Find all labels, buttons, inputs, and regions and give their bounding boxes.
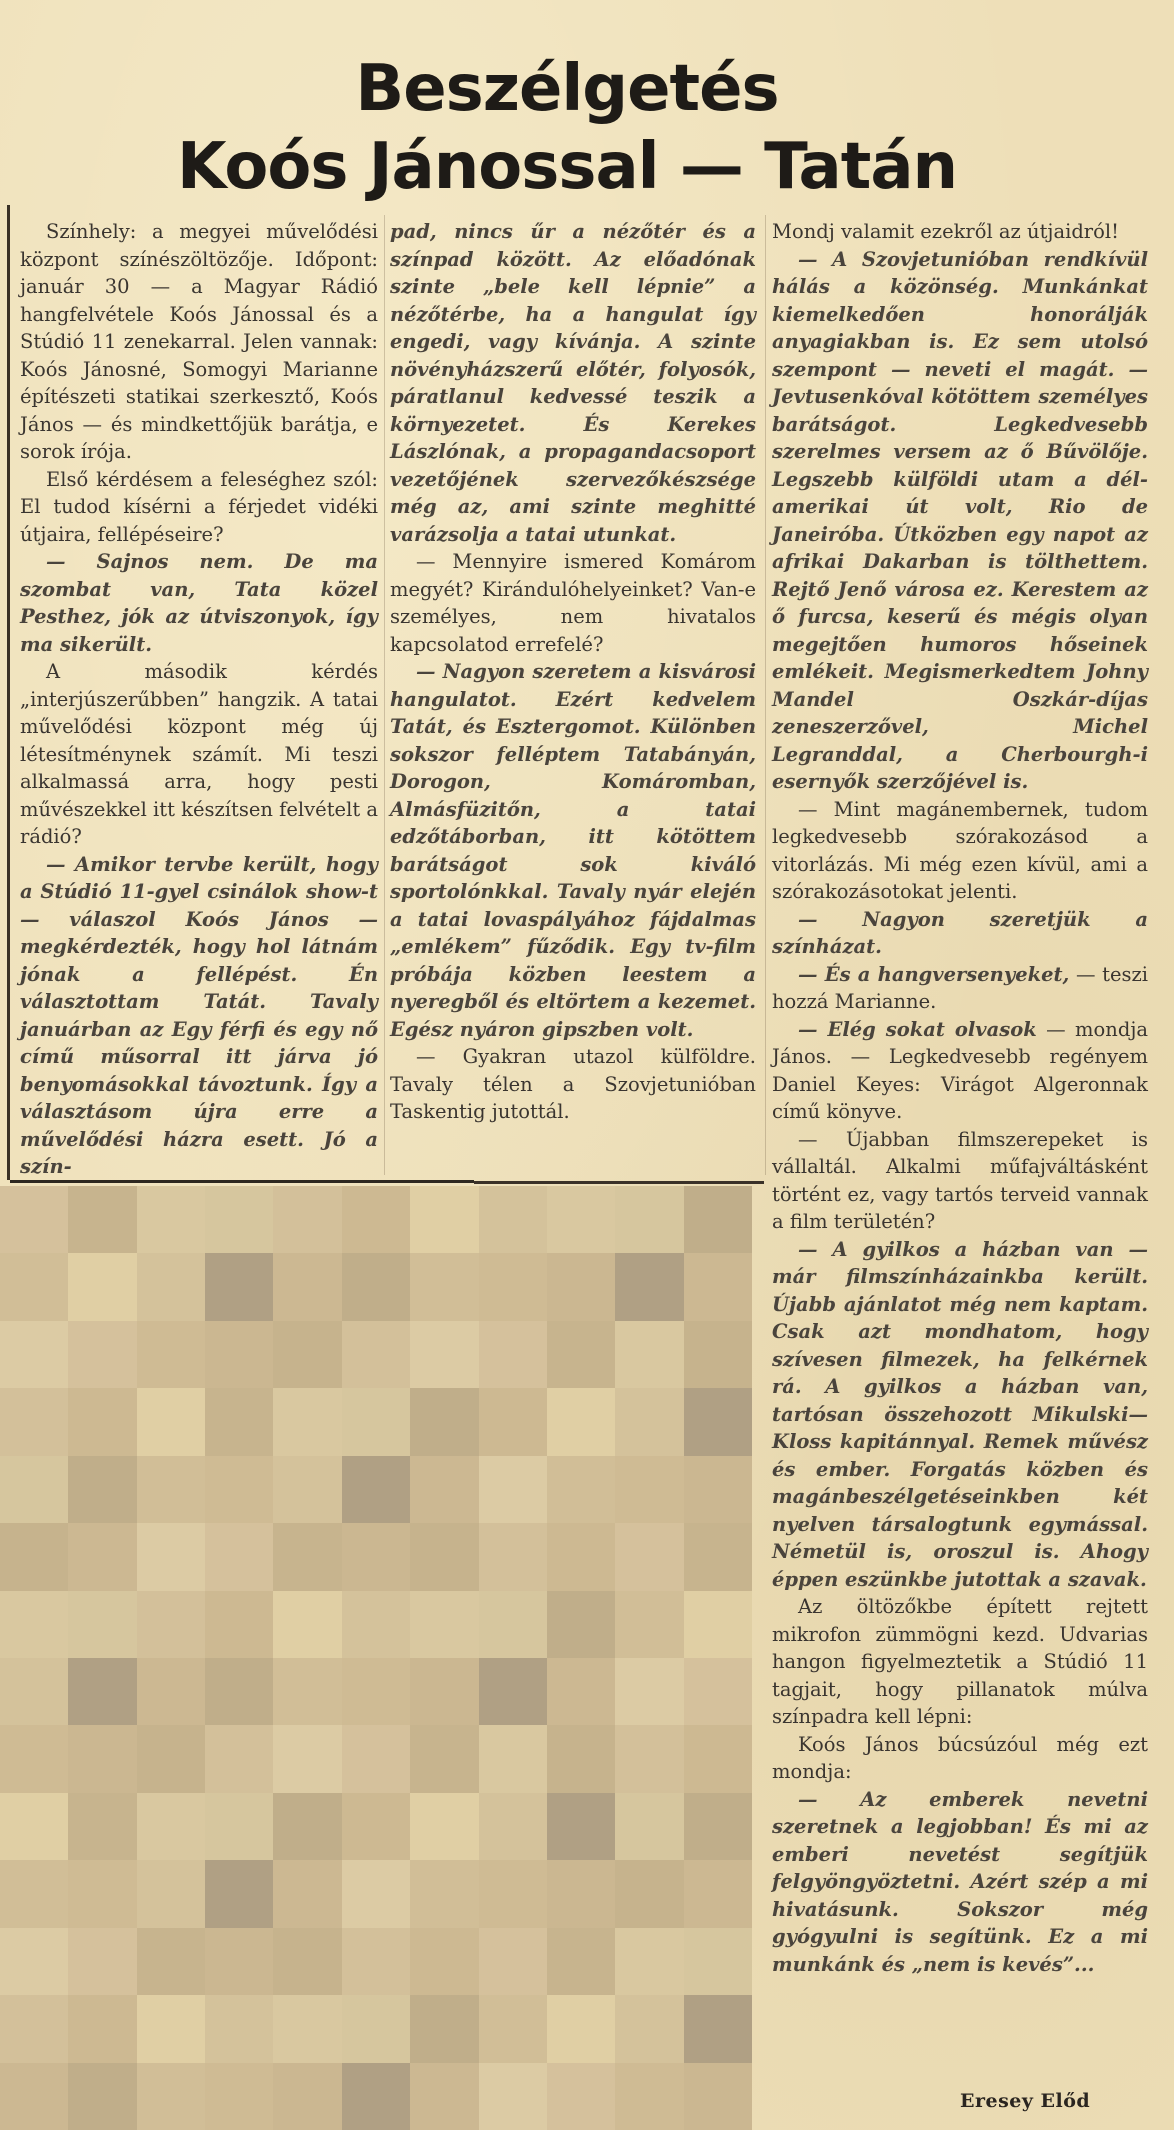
pixel-block [0,1186,68,1253]
pixel-block [205,1456,273,1523]
pixel-block [205,1793,273,1860]
paragraph: — A gyilkos a házban van — már filmszính… [772,1236,1148,1594]
pixel-block [68,1725,136,1792]
pixel-block [137,1523,205,1590]
pixel-block [205,1321,273,1388]
pixel-block [410,1591,478,1658]
pixel-block [615,1995,683,2062]
pixel-block [547,1321,615,1388]
pixel-block [684,1591,752,1658]
pixel-block [137,1591,205,1658]
pixel-block [684,1995,752,2062]
pixel-block [547,1658,615,1725]
pixel-block [0,1523,68,1590]
pixel-block [479,1253,547,1320]
pixel-block [205,1995,273,2062]
paragraph: Az öltözőkbe épített rejtett mikrofon zü… [772,1593,1148,1731]
pixel-block [547,1928,615,1995]
pixel-block [205,1658,273,1725]
pixel-block [273,1860,341,1927]
pixel-block [273,1321,341,1388]
pixel-block [479,1523,547,1590]
pixel-block [479,1321,547,1388]
pixel-block [137,2063,205,2130]
pixel-block [479,1186,547,1253]
pixel-block [410,1388,478,1455]
pixel-block [68,1523,136,1590]
pixel-block [273,1995,341,2062]
pixel-block [68,1591,136,1658]
paragraph: — Mennyire ismered Komárom megyét? Kirán… [390,548,756,658]
pixel-block [342,1995,410,2062]
pixel-block [410,1928,478,1995]
paragraph: — És a hangversenyeket, — teszi hozzá Ma… [772,961,1148,1016]
pixel-block [205,1523,273,1590]
pixel-block [547,1388,615,1455]
pixel-block [137,1793,205,1860]
pixel-block [342,1591,410,1658]
paragraph: Színhely: a megyei művelődési központ sz… [20,218,378,466]
paragraph: Koós János búcsúzóul még ezt mondja: [772,1731,1148,1786]
article-column-3: Mondj valamit ezekről az útjaidról!— A S… [772,218,1148,1978]
pixel-block [615,1658,683,1725]
pixel-block [479,1591,547,1658]
pixel-block [479,1388,547,1455]
pixel-block [615,2063,683,2130]
pixel-block [273,1523,341,1590]
pixel-block [547,1523,615,1590]
pixel-block [615,1456,683,1523]
pixel-block [205,2063,273,2130]
pixel-block [137,1253,205,1320]
pixel-block [137,1388,205,1455]
pixel-block [684,1523,752,1590]
pixel-block [684,1658,752,1725]
pixel-block [410,1725,478,1792]
column-divider [384,215,385,1175]
pixel-block [479,2063,547,2130]
pixel-block [615,1388,683,1455]
article-column-1: Színhely: a megyei művelődési központ sz… [20,218,378,1181]
paragraph: — Nagyon szeretjük a színházat. [772,906,1148,961]
pixel-block [205,1253,273,1320]
pixel-block [273,1388,341,1455]
pixel-block [684,1321,752,1388]
pixel-block [273,2063,341,2130]
paragraph: — Amikor tervbe került, hogy a Stúdió 11… [20,851,378,1181]
pixel-block [547,1456,615,1523]
pixel-block [68,1995,136,2062]
pixel-block [547,1995,615,2062]
pixel-block [479,1995,547,2062]
pixel-block [0,1860,68,1927]
pixel-block [547,1860,615,1927]
pixel-block [273,1591,341,1658]
pixelated-image-region [0,1186,752,2130]
pixel-block [547,1591,615,1658]
pixel-block [0,1928,68,1995]
pixel-block [137,1456,205,1523]
newspaper-page: Beszélgetés Koós Jánossal — Tatán Színhe… [0,0,1174,2130]
paragraph: A második kérdés „interjúszerűbben” hang… [20,658,378,851]
pixel-block [273,1793,341,1860]
pixel-block [410,1321,478,1388]
pixel-block [410,1523,478,1590]
pixel-block [273,1928,341,1995]
pixel-block [410,1253,478,1320]
pixel-block [410,1860,478,1927]
pixel-block [684,1860,752,1927]
pixel-block [410,2063,478,2130]
pixel-block [137,1658,205,1725]
pixel-block [205,1725,273,1792]
pixel-block [342,1725,410,1792]
pixel-block [342,1928,410,1995]
paragraph: Első kérdésem a feleséghez szól: El tudo… [20,466,378,549]
pixel-block [0,1793,68,1860]
pixel-block [615,1321,683,1388]
pixel-block [479,1658,547,1725]
article-column-2: pad, nincs űr a nézőtér és a színpad köz… [390,218,756,1126]
pixel-block [273,1658,341,1725]
pixel-block [684,1456,752,1523]
pixel-block [137,1186,205,1253]
pixel-block [68,2063,136,2130]
pixel-block [137,1928,205,1995]
pixel-block [342,2063,410,2130]
pixel-block [410,1995,478,2062]
pixel-block [273,1725,341,1792]
section-rule [10,1180,474,1183]
pixel-block [684,1793,752,1860]
pixel-block [342,1186,410,1253]
pixel-block [68,1186,136,1253]
headline-line-2: Koós Jánossal — Tatán [0,127,1174,207]
pixel-block [0,1321,68,1388]
pixel-block [615,1793,683,1860]
pixel-block [273,1186,341,1253]
pixel-block [68,1793,136,1860]
pixel-block [410,1186,478,1253]
pixel-block [342,1658,410,1725]
pixel-block [68,1321,136,1388]
column-divider [765,215,766,1175]
pixel-block [137,1725,205,1792]
pixel-block [479,1860,547,1927]
pixel-block [479,1725,547,1792]
pixel-block [342,1388,410,1455]
pixel-block [205,1860,273,1927]
pixel-block [615,1253,683,1320]
quoted-speech: — És a hangversenyeket, [798,963,1069,986]
paragraph: pad, nincs űr a nézőtér és a színpad köz… [390,218,756,548]
pixel-block [0,1253,68,1320]
pixel-block [547,1253,615,1320]
author-signature: Eresey Előd [960,2090,1090,2112]
paragraph: — Újabban filmszerepeket is vállaltál. A… [772,1126,1148,1236]
paragraph: Mondj valamit ezekről az útjaidról! [772,218,1148,246]
section-rule [474,1181,764,1184]
pixel-block [0,1995,68,2062]
pixel-block [547,2063,615,2130]
pixel-block [342,1321,410,1388]
pixel-block [205,1388,273,1455]
pixel-block [205,1591,273,1658]
pixel-block [68,1388,136,1455]
pixel-block [547,1186,615,1253]
pixel-block [479,1793,547,1860]
article-headline: Beszélgetés Koós Jánossal — Tatán [0,51,1174,207]
pixel-block [205,1186,273,1253]
pixel-block [479,1456,547,1523]
pixel-block [410,1456,478,1523]
pixel-block [273,1253,341,1320]
pixel-block [0,1591,68,1658]
paragraph: — Elég sokat olvasok — mondja János. — L… [772,1016,1148,1126]
pixel-block [615,1523,683,1590]
pixel-block [547,1725,615,1792]
pixel-block [615,1186,683,1253]
pixel-block [342,1523,410,1590]
pixel-block [684,1253,752,1320]
pixel-block [342,1253,410,1320]
pixel-block [137,1995,205,2062]
pixel-block [137,1321,205,1388]
pixel-block [273,1456,341,1523]
paragraph: — Gyakran utazol külföldre. Tavaly télen… [390,1043,756,1126]
pixel-block [0,1658,68,1725]
pixel-block [615,1860,683,1927]
pixel-block [684,1928,752,1995]
quoted-speech: — Elég sokat olvasok [798,1018,1037,1041]
pixel-block [410,1793,478,1860]
pixel-block [68,1253,136,1320]
pixel-block [615,1591,683,1658]
pixel-block [0,1388,68,1455]
paragraph: — A Szovjetunióban rendkívül hálás a köz… [772,246,1148,796]
paragraph: — Sajnos nem. De ma szombat van, Tata kö… [20,548,378,658]
paragraph: — Nagyon szeretem a kisvárosi hangulatot… [390,658,756,1043]
paragraph: — Az emberek nevetni szeretnek a legjobb… [772,1786,1148,1979]
pixel-block [479,1928,547,1995]
pixel-block [68,1658,136,1725]
pixel-block [68,1456,136,1523]
pixel-block [684,2063,752,2130]
pixel-block [615,1928,683,1995]
paragraph: — Mint magánembernek, tudom legkedvesebb… [772,796,1148,906]
pixel-block [684,1186,752,1253]
pixel-block [0,1456,68,1523]
headline-line-1: Beszélgetés [0,51,1174,127]
pixel-block [410,1658,478,1725]
pixel-block [684,1388,752,1455]
pixel-block [615,1725,683,1792]
pixel-block [137,1860,205,1927]
pixel-block [547,1793,615,1860]
pixel-block [684,1725,752,1792]
pixel-block [0,1725,68,1792]
pixel-block [342,1860,410,1927]
pixel-block [68,1928,136,1995]
pixel-block [68,1860,136,1927]
pixel-block [205,1928,273,1995]
pixel-block [342,1793,410,1860]
left-border-rule [7,205,10,1180]
pixel-block [0,2063,68,2130]
pixel-block [342,1456,410,1523]
